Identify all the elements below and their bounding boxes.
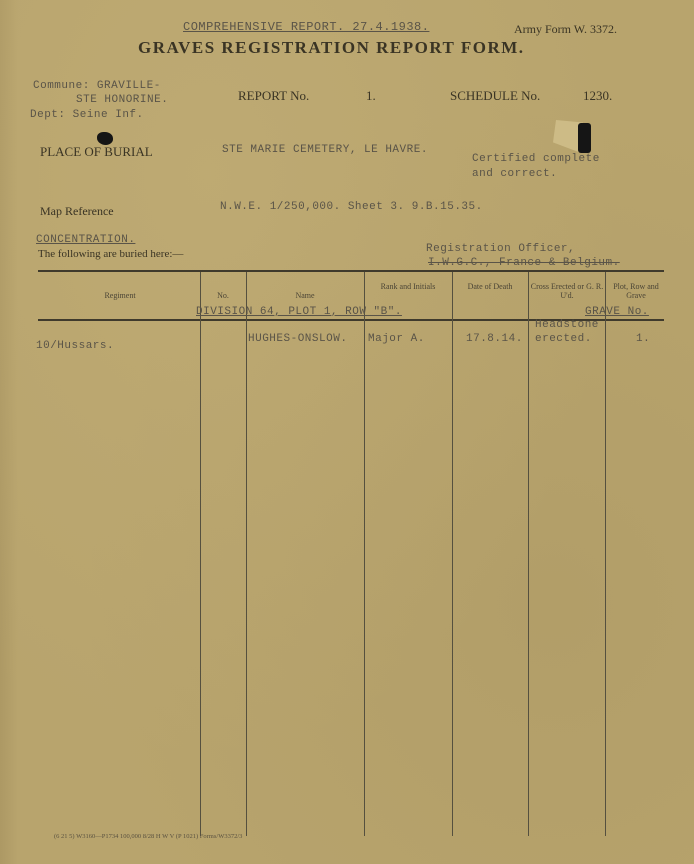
army-form-number: Army Form W. 3372. (514, 22, 617, 37)
report-date-line: COMPREHENSIVE REPORT. 27.4.1938. (183, 20, 429, 34)
form-title: GRAVES REGISTRATION REPORT FORM. (138, 38, 525, 58)
column-divider (605, 272, 606, 836)
column-header-rank: Rank and Initials (374, 282, 442, 291)
grave-no-label: GRAVE No. (585, 306, 649, 318)
commune-line-1: Commune: GRAVILLE- (33, 80, 161, 92)
row-name: HUGHES-ONSLOW. (248, 333, 347, 345)
place-of-burial-value: STE MARIE CEMETERY, LE HAVRE. (222, 144, 428, 156)
map-reference-label: Map Reference (40, 204, 114, 219)
report-no-value: 1. (366, 88, 376, 104)
column-divider (528, 272, 529, 836)
column-header-no: No. (200, 291, 246, 300)
certified-line-1: Certified complete (472, 153, 600, 165)
department: Dept: Seine Inf. (30, 109, 144, 121)
row-cross-line-1: Headstone (535, 319, 599, 331)
report-no-label: REPORT No. (238, 88, 309, 104)
column-header-regiment: Regiment (40, 291, 200, 300)
registration-officer-line-1: Registration Officer, (426, 243, 575, 255)
column-divider (364, 272, 365, 836)
row-cross-line-2: erected. (535, 333, 592, 345)
printer-imprint: (6 21 5) W3160—P1734 100,000 8/28 H W V … (54, 833, 242, 840)
row-plot: 1. (636, 333, 650, 345)
punch-hole (578, 123, 591, 153)
row-date-of-death: 17.8.14. (466, 333, 523, 345)
schedule-no-label: SCHEDULE No. (450, 88, 540, 104)
table-top-rule (38, 270, 664, 272)
column-divider (200, 272, 201, 836)
column-header-date: Date of Death (460, 282, 520, 291)
schedule-no-value: 1230. (583, 88, 612, 104)
column-header-cross: Cross Erected or G. R. U'd. (529, 282, 605, 300)
certified-line-2: and correct. (472, 168, 557, 180)
division-plot-row: DIVISION 64, PLOT 1, ROW "B". (196, 306, 402, 318)
column-divider (452, 272, 453, 836)
buried-here-label: The following are buried here:— (38, 248, 183, 260)
commune-line-2: STE HONORINE. (76, 94, 168, 106)
column-divider (246, 272, 247, 836)
column-header-plot: Plot, Row and Grave (606, 282, 666, 300)
concentration-label: CONCENTRATION. (36, 234, 135, 246)
column-header-name: Name (246, 291, 364, 300)
row-regiment: 10/Hussars. (36, 340, 114, 352)
place-of-burial-label: PLACE OF BURIAL (40, 144, 153, 160)
map-reference-value: N.W.E. 1/250,000. Sheet 3. 9.B.15.35. (220, 201, 483, 213)
registration-officer-line-2: I.W.G.C., France & Belgium. (428, 257, 620, 269)
row-rank: Major A. (368, 333, 425, 345)
